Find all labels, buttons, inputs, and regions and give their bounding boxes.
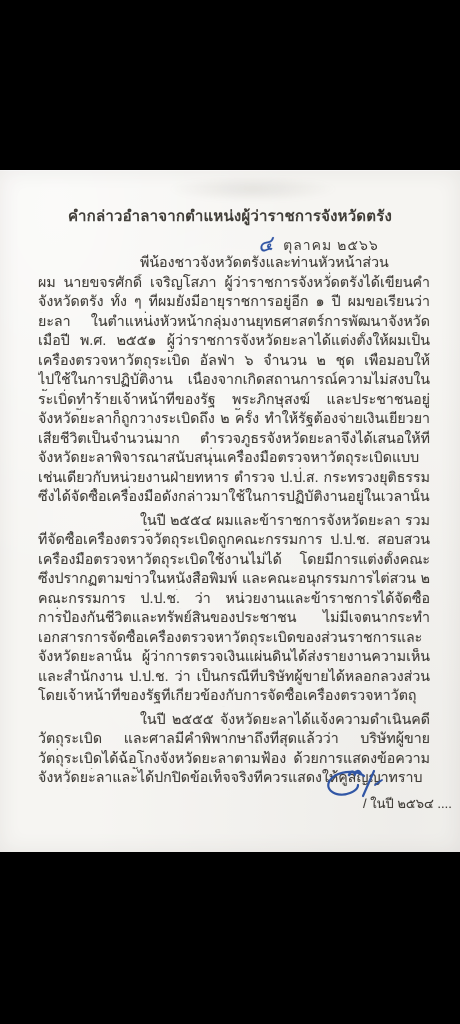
signature-area: / ในปี ๒๕๖๔ .... bbox=[0, 766, 460, 826]
paragraph-line: ระเบิดทำร้ายเจ้าหน้าที่ของรัฐ พระภิกษุสง… bbox=[38, 391, 430, 411]
paragraph-line: และสำนักงาน ป.ป.ช. ว่า เป็นกรณีที่บริษัท… bbox=[38, 668, 430, 688]
paragraph-line: วัตถุระเบิด และศาลมีคำพิพากษาถึงที่สุดแล… bbox=[38, 730, 430, 750]
paragraph-line: จังหวัดตรัง ทั้ง ๆ ที่ผมยังมีอายุราชการอ… bbox=[38, 293, 430, 313]
paragraph-line: เอกสารการจัดซื้อเครื่องตรวจหาวัตถุระเบิด… bbox=[38, 629, 430, 649]
continuation-note: / ในปี ๒๕๖๔ .... bbox=[363, 793, 452, 814]
paragraph-line: ที่จัดซื้อเครื่องตรวจวัตถุระเบิดถูกคณะกร… bbox=[38, 531, 430, 551]
paragraph-line: จังหวัดยะลาก็ถูกวางระเบิดถึง ๒ ครั้ง ทำใ… bbox=[38, 410, 430, 430]
paper-smudge bbox=[168, 176, 338, 202]
paragraph-line: เมื่อปี พ.ศ. ๒๕๕๑ ผู้ว่าราชการจังหวัดยะล… bbox=[38, 332, 430, 352]
screenshot-root: { "screen": { "backdrop_color": "#000000… bbox=[0, 0, 460, 1024]
document-body: พี่น้องชาวจังหวัดตรังและท่านหัวหน้าส่วนร… bbox=[38, 254, 430, 793]
paragraph-line: พี่น้องชาวจังหวัดตรังและท่านหัวหน้าส่วนร… bbox=[38, 254, 430, 274]
paragraph-line: เครื่องตรวจหาวัตถุระเบิด อัลฟ่า ๖ จำนวน … bbox=[38, 352, 430, 372]
paragraph: พี่น้องชาวจังหวัดตรังและท่านหัวหน้าส่วนร… bbox=[38, 254, 430, 508]
paragraph-line: จังหวัดยะลาพิจารณาสนับสนุนเครื่องมือตรวจ… bbox=[38, 449, 430, 469]
paragraph-line: ซึ่งได้จัดซื้อเครื่องมือดังกล่าวมาใช้ในก… bbox=[38, 488, 430, 508]
paragraph-line: ซึ่งปรากฏตามข่าวในหนังสือพิมพ์ และคณะอนุ… bbox=[38, 570, 430, 590]
paragraph-line: จังหวัดยะลานั้น ผู้ว่าการตรวจเงินแผ่นดิน… bbox=[38, 648, 430, 668]
document-page: คำกล่าวอำลาจากตำแหน่งผู้ว่าราชการจังหวัด… bbox=[0, 170, 460, 852]
paragraph-line: คณะกรรมการ ป.ป.ช. ว่า หน่วยงานและข้าราชก… bbox=[38, 590, 430, 610]
paragraph-line: เช่นเดียวกับหน่วยงานฝ่ายทหาร ตำรวจ ป.ป.ส… bbox=[38, 469, 430, 489]
paragraph-line: เสียชีวิตเป็นจำนวนมาก ตำรวจภูธรจังหวัดยะ… bbox=[38, 430, 430, 450]
paragraph-line: ในปี ๒๕๕๕ จังหวัดยะลาได้แจ้งความดำเนินคด… bbox=[38, 711, 430, 731]
paragraph-line: เครื่องมือตรวจหาวัตถุระเบิดใช้งานไม่ได้ … bbox=[38, 551, 430, 571]
paragraph-line: ไปใช้ในการปฏิบัติงาน เนื่องจากเกิดสถานกา… bbox=[38, 371, 430, 391]
paragraph-line: ผม นายขจรศักดิ์ เจริญโสภา ผู้ว่าราชการจั… bbox=[38, 274, 430, 294]
paragraph-line: โดยเจ้าหน้าที่ของรัฐที่เกี่ยวข้องกับการจ… bbox=[38, 687, 430, 707]
paragraph: ในปี ๒๕๕๔ ผมและข้าราชการจังหวัดยะลา รวมท… bbox=[38, 512, 430, 707]
document-title: คำกล่าวอำลาจากตำแหน่งผู้ว่าราชการจังหวัด… bbox=[0, 204, 460, 228]
paragraph-line: ยะลา ในตำแหน่งหัวหน้ากลุ่มงานยุทธศาสตร์ก… bbox=[38, 313, 430, 333]
paragraph-line: การป้องกันชีวิตและทรัพย์สินของประชาชน ไม… bbox=[38, 609, 430, 629]
paragraph-line: ในปี ๒๕๕๔ ผมและข้าราชการจังหวัดยะลา รวมท… bbox=[38, 512, 430, 532]
